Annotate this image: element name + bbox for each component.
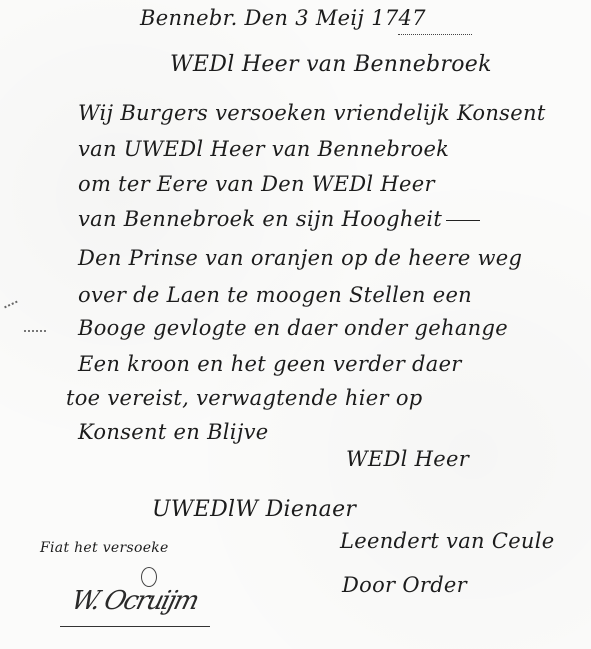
place-date-line: Bennebr. Den 3 Meij 1747 xyxy=(140,6,426,30)
margin-approval-note: Fiat het versoeke xyxy=(40,540,169,556)
body-line-5: Den Prinse van oranjen op de heere weg xyxy=(78,246,522,270)
body-line-8: Een kroon en het geen verder daer xyxy=(78,352,462,376)
salutation: WEDl Heer van Bennebroek xyxy=(170,52,492,77)
line-end-dash xyxy=(446,220,480,221)
body-line-4-text: van Bennebroek en sijn Hoogheit xyxy=(78,207,442,231)
by-order-line: Door Order xyxy=(342,573,467,597)
scanned-document-page: Bennebr. Den 3 Meij 1747 WEDl Heer van B… xyxy=(0,0,591,649)
closing-address: WEDl Heer xyxy=(346,447,469,471)
body-line-10: Konsent en Blijve xyxy=(78,420,269,444)
margin-ink-mark xyxy=(24,330,46,332)
body-line-7: Booge gevlogte en daer onder gehange xyxy=(78,316,508,340)
body-line-3: om ter Eere van Den WEDl Heer xyxy=(78,172,435,196)
margin-ink-mark xyxy=(4,301,22,318)
signatory-name: Leendert van Ceule xyxy=(340,529,555,553)
body-line-9: toe vereist, verwagtende hier op xyxy=(66,386,423,410)
signature-underline xyxy=(60,626,210,627)
body-line-4: van Bennebroek en sijn Hoogheit xyxy=(78,207,480,231)
approval-signature-text: W. Ocruijm xyxy=(68,586,200,616)
body-line-2: van UWEDl Heer van Bennebroek xyxy=(78,137,449,161)
place-date-text: Bennebr. Den 3 Meij 1747 xyxy=(140,6,426,30)
approval-signature: W. Ocruijm xyxy=(60,582,210,627)
body-line-1: Wij Burgers versoeken vriendelijk Konsen… xyxy=(78,101,546,125)
servant-line: UWEDlW Dienaer xyxy=(152,497,356,522)
body-line-6: over de Laen te moogen Stellen een xyxy=(78,283,472,307)
date-underline xyxy=(398,34,472,35)
